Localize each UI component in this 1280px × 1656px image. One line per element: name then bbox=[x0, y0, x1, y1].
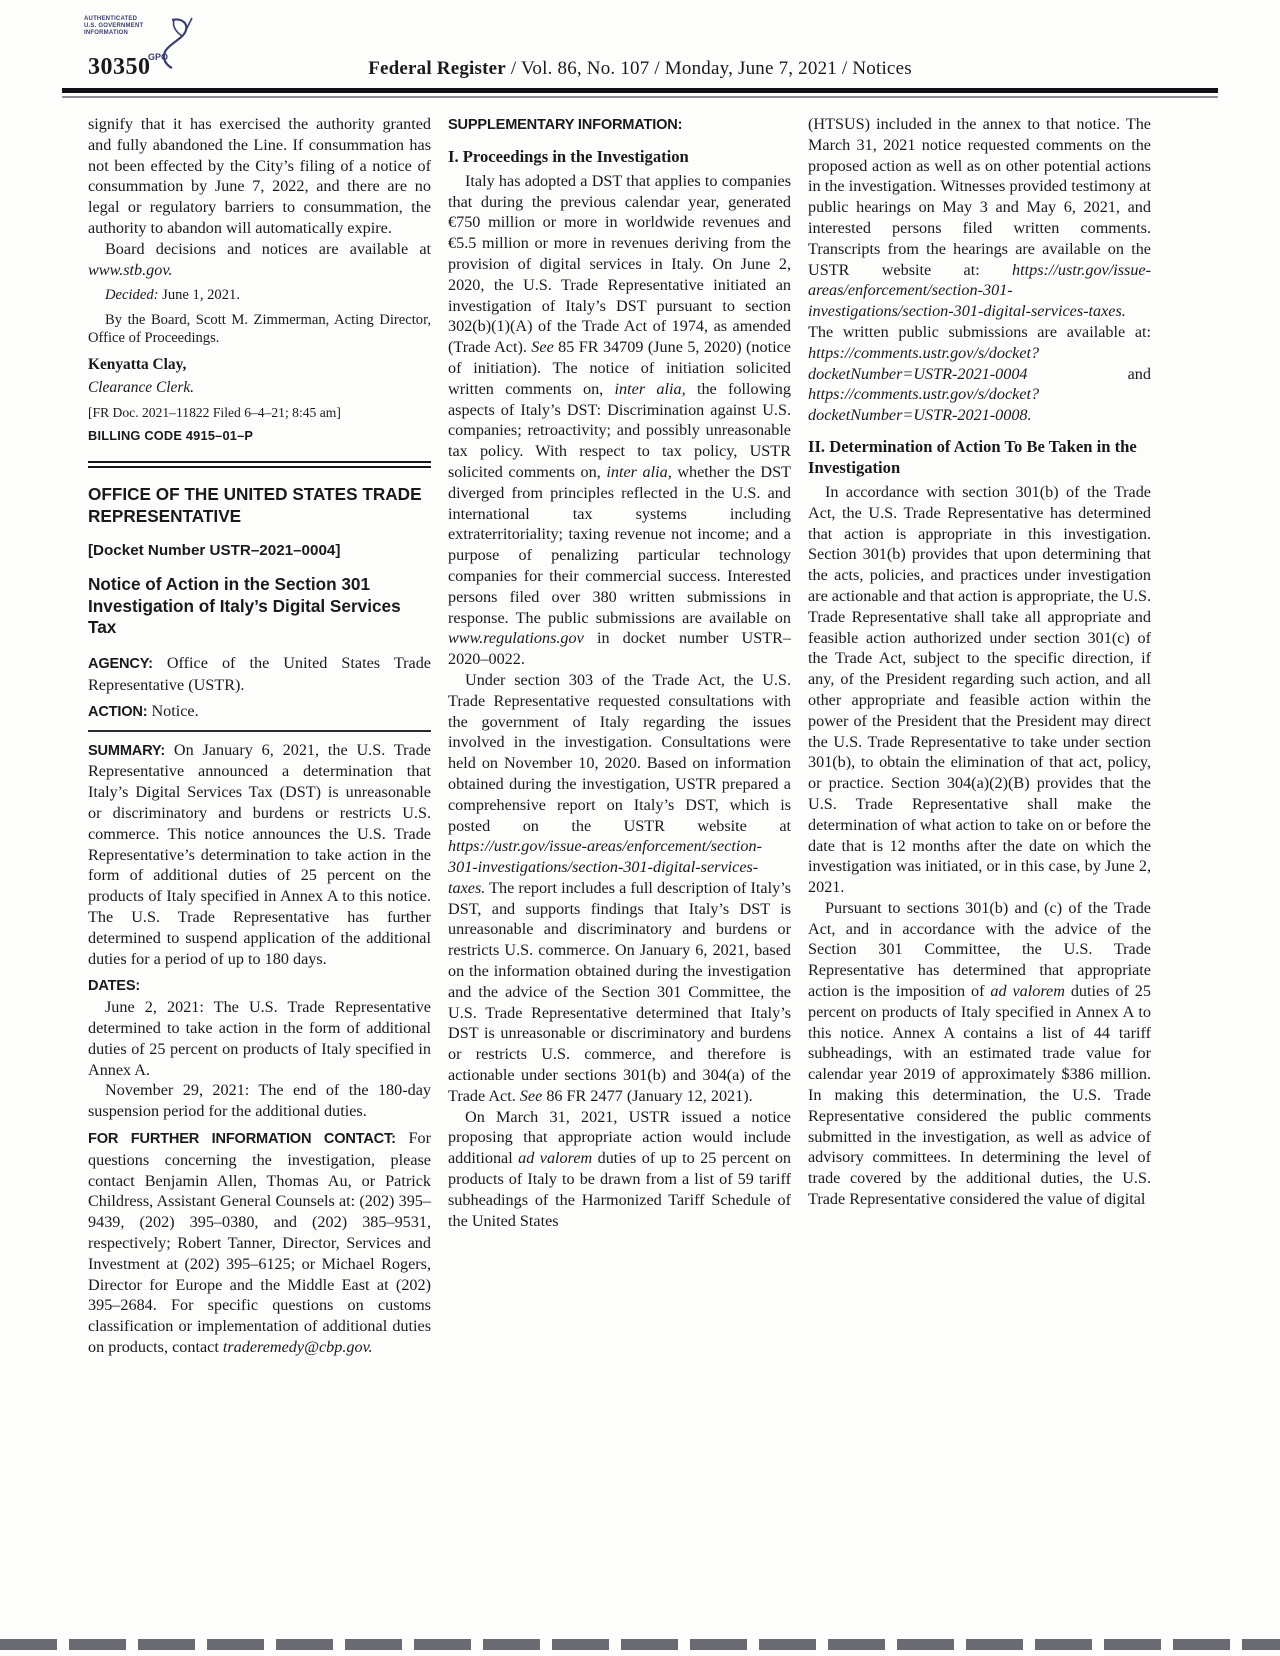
paragraph: signify that it has exercised the author… bbox=[88, 114, 431, 239]
paragraph: On March 31, 2021, USTR issued a notice … bbox=[448, 1107, 791, 1232]
agency-label: AGENCY: bbox=[88, 656, 153, 672]
summary-separator-rule bbox=[88, 730, 431, 732]
text-run: ad valorem bbox=[990, 982, 1065, 1000]
federal-register-page: AUTHENTICATED U.S. GOVERNMENT INFORMATIO… bbox=[0, 0, 1280, 1656]
stb-url: www.stb.gov. bbox=[88, 261, 172, 279]
paragraph: Pursuant to sections 301(b) and (c) of t… bbox=[808, 898, 1151, 1210]
paragraph: Board decisions and notices are availabl… bbox=[88, 239, 431, 281]
dates-label: DATES: bbox=[88, 978, 140, 994]
summary-paragraph: SUMMARY: On January 6, 2021, the U.S. Tr… bbox=[88, 740, 431, 970]
paragraph: Under section 303 of the Trade Act, the … bbox=[448, 670, 791, 1107]
comments-docket-url-0004: https://comments.ustr.gov/s/docket?docke… bbox=[808, 344, 1039, 383]
contact-label: FOR FURTHER INFORMATION CONTACT: bbox=[88, 1131, 396, 1147]
text-run: On January 6, 2021, the U.S. Trade Repre… bbox=[88, 741, 431, 968]
masthead: Federal Register / Vol. 86, No. 107 / Mo… bbox=[0, 58, 1280, 80]
text-run: ad valorem bbox=[518, 1149, 592, 1167]
document-separator-rule bbox=[88, 461, 431, 468]
column-2: SUPPLEMENTARY INFORMATION: I. Proceeding… bbox=[448, 114, 791, 1358]
billing-code: BILLING CODE 4915–01–P bbox=[88, 426, 431, 447]
page-number: 30350 bbox=[88, 54, 151, 81]
text-run: and bbox=[1028, 365, 1151, 383]
action-label: ACTION: bbox=[88, 704, 147, 720]
summary-label: SUMMARY: bbox=[88, 743, 165, 759]
scan-edge-artifact bbox=[0, 1639, 1280, 1650]
action-line: ACTION: Notice. bbox=[88, 701, 431, 723]
text-run: Under section 303 of the Trade Act, the … bbox=[448, 671, 791, 835]
text-run: inter alia, bbox=[615, 380, 686, 398]
text-run: See bbox=[531, 338, 553, 356]
column-3: (HTSUS) included in the annex to that no… bbox=[808, 114, 1151, 1358]
text-run: Notice. bbox=[147, 702, 198, 720]
text-run: (HTSUS) included in the annex to that no… bbox=[808, 115, 1151, 279]
supplementary-label: SUPPLEMENTARY INFORMATION: bbox=[448, 117, 682, 133]
text-run: Decided: bbox=[105, 287, 162, 303]
section-heading-2: II. Determination of Action To Be Taken … bbox=[808, 436, 1151, 478]
text-run: 86 FR 2477 (January 12, 2021). bbox=[542, 1087, 752, 1105]
text-run: whether the DST diverged from principles… bbox=[448, 463, 791, 627]
supplementary-label-line: SUPPLEMENTARY INFORMATION: bbox=[448, 114, 791, 136]
regulations-url: www.regulations.gov bbox=[448, 629, 584, 647]
fr-doc-line: [FR Doc. 2021–11822 Filed 6–4–21; 8:45 a… bbox=[88, 404, 431, 421]
text-run: Italy has adopted a DST that applies to … bbox=[448, 172, 791, 356]
comments-docket-url-0008: https://comments.ustr.gov/s/docket?docke… bbox=[808, 385, 1039, 424]
masthead-title: Federal Register bbox=[368, 58, 506, 79]
paragraph: In accordance with section 301(b) of the… bbox=[808, 482, 1151, 898]
paragraph: (HTSUS) included in the annex to that no… bbox=[808, 114, 1151, 426]
agency-line: AGENCY: Office of the United States Trad… bbox=[88, 653, 431, 696]
text-run: June 1, 2021. bbox=[162, 287, 240, 303]
text-run: For questions concerning the investigati… bbox=[88, 1129, 431, 1356]
signer-name: Kenyatta Clay, bbox=[88, 355, 431, 376]
text-run: The written public submissions are avail… bbox=[808, 323, 1151, 341]
docket-number: [Docket Number USTR–2021–0004] bbox=[88, 541, 431, 560]
three-column-body: signify that it has exercised the author… bbox=[0, 98, 1280, 1358]
paragraph: Italy has adopted a DST that applies to … bbox=[448, 171, 791, 670]
contact-email: traderemedy@cbp.gov. bbox=[223, 1338, 373, 1356]
column-1: signify that it has exercised the author… bbox=[88, 114, 431, 1358]
dates-paragraph: June 2, 2021: The U.S. Trade Representat… bbox=[88, 997, 431, 1080]
header-rule-thick bbox=[62, 88, 1218, 93]
notice-title: Notice of Action in the Section 301 Inve… bbox=[88, 574, 431, 639]
text-run: The report includes a full description o… bbox=[448, 879, 791, 1105]
text-run: See bbox=[520, 1087, 542, 1105]
signer-title: Clearance Clerk. bbox=[88, 378, 431, 399]
masthead-issue: / Vol. 86, No. 107 / Monday, June 7, 202… bbox=[506, 58, 912, 79]
page-header: 30350 Federal Register / Vol. 86, No. 10… bbox=[0, 0, 1280, 80]
text-run: inter alia, bbox=[606, 463, 671, 481]
text-run: duties of 25 percent on products of Ital… bbox=[808, 982, 1151, 1208]
dates-paragraph: November 29, 2021: The end of the 180-da… bbox=[88, 1080, 431, 1122]
section-heading-1: I. Proceedings in the Investigation bbox=[448, 146, 791, 167]
by-board-line: By the Board, Scott M. Zimmerman, Acting… bbox=[88, 311, 431, 348]
text-run: Board decisions and notices are availabl… bbox=[105, 240, 431, 258]
decided-line: Decided: June 1, 2021. bbox=[88, 286, 431, 305]
dates-label-line: DATES: bbox=[88, 975, 431, 997]
contact-paragraph: FOR FURTHER INFORMATION CONTACT: For que… bbox=[88, 1128, 431, 1358]
agency-heading: OFFICE OF THE UNITED STATES TRADE REPRES… bbox=[88, 484, 431, 527]
